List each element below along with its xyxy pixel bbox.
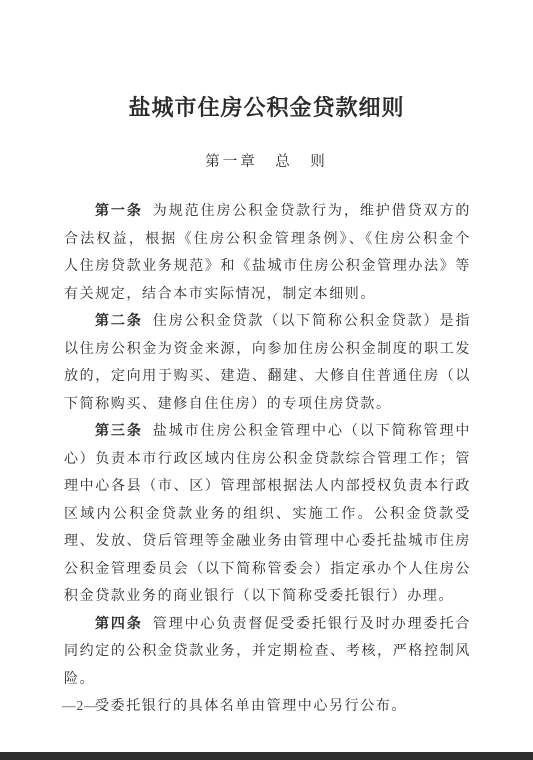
article-text: 受委托银行的具体名单由管理中心另行公布。	[95, 699, 407, 714]
page-number: —2—	[62, 698, 99, 714]
article-label: 第一条	[95, 204, 143, 219]
article-paragraph: 第三条盐城市住房公积金管理中心（以下简称管理中心）负责本市行政区域内住房公积金贷…	[64, 418, 471, 611]
article-label: 第二条	[95, 314, 143, 329]
document-title: 盐城市住房公积金贷款细则	[0, 0, 533, 122]
article-label: 第四条	[95, 617, 143, 632]
article-paragraph: 受委托银行的具体名单由管理中心另行公布。	[64, 693, 471, 721]
article-paragraph: 第四条管理中心负责督促受委托银行及时办理委托合同约定的公积金贷款业务，并定期检查…	[64, 611, 471, 694]
article-text: 盐城市住房公积金管理中心（以下简称管理中心）负责本市行政区域内住房公积金贷款综合…	[64, 424, 471, 604]
document-page: 盐城市住房公积金贷款细则 第一章 总 则 第一条为规范住房公积金贷款行为，维护借…	[0, 0, 533, 760]
article-paragraph: 第二条住房公积金贷款（以下简称公积金贷款）是指以住房公积金为资金来源，向参加住房…	[64, 308, 471, 418]
document-body: 第一条为规范住房公积金贷款行为，维护借贷双方的合法权益，根据《住房公积金管理条例…	[64, 198, 471, 721]
scan-edge-bottom	[0, 752, 533, 760]
chapter-heading: 第一章 总 则	[0, 152, 533, 172]
article-paragraph: 第一条为规范住房公积金贷款行为，维护借贷双方的合法权益，根据《住房公积金管理条例…	[64, 198, 471, 308]
article-label: 第三条	[95, 424, 143, 439]
